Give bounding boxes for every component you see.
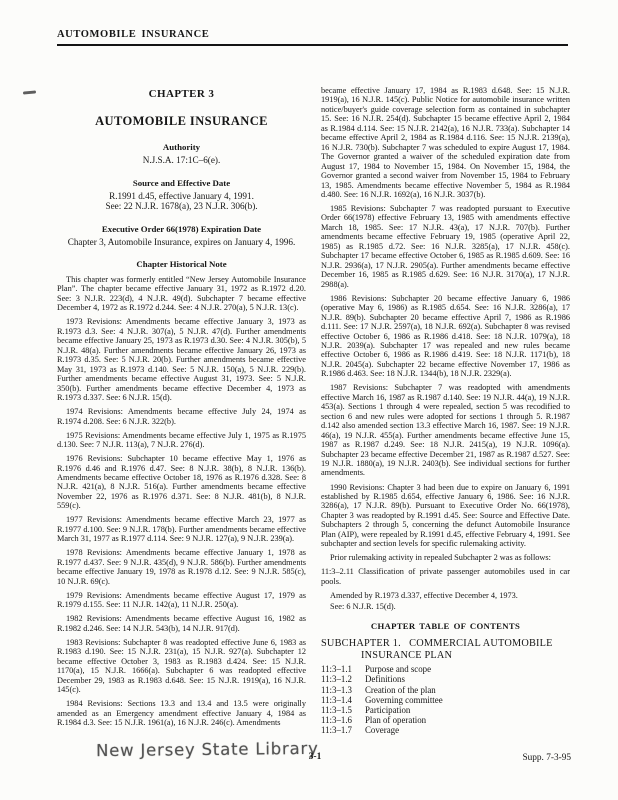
toc-rule-title: Definitions (365, 674, 570, 684)
revision-paragraph: 1986 Revisions: Subchapter 20 became eff… (321, 294, 570, 379)
toc-row: 11:3–1.1Purpose and scope (321, 664, 570, 674)
historical-note-paragraph: 1977 Revisions: Amendments became effect… (57, 515, 306, 543)
supplement-date: Supp. 7-3-95 (522, 753, 571, 763)
toc-row: 11:3–1.3Creation of the plan (321, 685, 570, 695)
chapter-table-of-contents-heading: CHAPTER TABLE OF CONTENTS (321, 621, 570, 631)
chapter-title-heading: AUTOMOBILE INSURANCE (57, 114, 306, 129)
source-effective-date-lines: R.1991 d.45, effective January 4, 1991.S… (57, 191, 306, 212)
toc-rule-title: Coverage (365, 725, 570, 735)
repealed-subchapter-entry: 11:3–2.11 Classification of private pass… (321, 567, 570, 586)
toc-rule-number: 11:3–1.7 (321, 725, 365, 735)
toc-rule-title: Governing committee (365, 695, 570, 705)
expiration-date-text: Chapter 3, Automobile Insurance, expires… (57, 237, 306, 248)
authority-heading: Authority (57, 142, 306, 152)
library-stamp: New Jersey State Library (96, 739, 319, 760)
revision-paragraph: 1985 Revisions: Subchapter 7 was readopt… (321, 204, 570, 289)
toc-row: 11:3–1.7Coverage (321, 725, 570, 735)
document-page: AUTOMOBILE INSURANCE CHAPTER 3 AUTOMOBIL… (0, 0, 618, 800)
expiration-date-heading: Executive Order 66(1978) Expiration Date (57, 224, 306, 234)
toc-rule-number: 11:3–1.5 (321, 705, 365, 715)
revision-paragraphs: 1985 Revisions: Subchapter 7 was readopt… (321, 204, 570, 549)
authority-citation: N.J.S.A. 17:1C–6(e). (57, 155, 306, 166)
left-column: CHAPTER 3 AUTOMOBILE INSURANCE Authority… (57, 86, 306, 732)
historical-note-paragraph: 1983 Revisions: Subchapter 8 was readopt… (57, 638, 306, 695)
chapter-number-heading: CHAPTER 3 (57, 88, 306, 100)
table-of-contents-list: 11:3–1.1Purpose and scope11:3–1.2Definit… (321, 664, 570, 735)
scan-smudge-artifact (23, 90, 36, 94)
toc-row: 11:3–1.5Participation (321, 705, 570, 715)
header-rule (57, 44, 568, 46)
source-effective-date-heading: Source and Effective Date (57, 178, 306, 188)
historical-note-paragraph: 1974 Revisions: Amendments became effect… (57, 407, 306, 426)
historical-note-paragraph: This chapter was formerly entitled “New … (57, 275, 306, 313)
toc-rule-title: Purpose and scope (365, 664, 570, 674)
historical-note-paragraphs: This chapter was formerly entitled “New … (57, 275, 306, 727)
amended-by-line: Amended by R.1973 d.337, effective Decem… (321, 591, 570, 600)
revision-paragraph: 1990 Revisions: Chapter 3 had been due t… (321, 483, 570, 549)
toc-rule-title: Plan of operation (365, 715, 570, 725)
chapter-historical-note-heading: Chapter Historical Note (57, 259, 306, 269)
prior-rulemaking-note: Prior rulemaking activity in repealed Su… (321, 553, 570, 562)
toc-rule-number: 11:3–1.2 (321, 674, 365, 684)
revision-paragraph: 1987 Revisions: Subchapter 7 was readopt… (321, 383, 570, 478)
toc-rule-number: 11:3–1.3 (321, 685, 365, 695)
historical-note-paragraph: 1975 Revisions: Amendments became effect… (57, 431, 306, 450)
toc-row: 11:3–1.4Governing committee (321, 695, 570, 705)
subchapter-1-heading: SUBCHAPTER 1. COMMERCIAL AUTOMOBILE INSU… (321, 638, 570, 662)
toc-row: 11:3–1.6Plan of operation (321, 715, 570, 725)
page-number: 3-1 (300, 752, 330, 762)
toc-rule-title: Creation of the plan (365, 685, 570, 695)
running-header: AUTOMOBILE INSURANCE (57, 29, 209, 40)
toc-rule-title: Participation (365, 705, 570, 715)
historical-note-paragraph: 1976 Revisions: Subchapter 10 became eff… (57, 454, 306, 511)
historical-note-paragraph: 1978 Revisions: Amendments became effect… (57, 548, 306, 586)
toc-row: 11:3–1.2Definitions (321, 674, 570, 684)
right-column: became effective January 17, 1984 as R.1… (321, 86, 570, 736)
historical-note-paragraph: 1979 Revisions: Amendments became effect… (57, 591, 306, 610)
toc-rule-number: 11:3–1.6 (321, 715, 365, 725)
source-line: See: 22 N.J.R. 1678(a), 23 N.J.R. 306(b)… (57, 201, 306, 212)
toc-rule-number: 11:3–1.4 (321, 695, 365, 705)
historical-note-paragraph: 1973 Revisions: Amendments became effect… (57, 317, 306, 402)
see-citation-line: See: 6 N.J.R. 15(d). (321, 602, 570, 611)
source-line: R.1991 d.45, effective January 4, 1991. (57, 191, 306, 202)
historical-note-continuation-paragraph: became effective January 17, 1984 as R.1… (321, 86, 570, 199)
toc-rule-number: 11:3–1.1 (321, 664, 365, 674)
historical-note-paragraph: 1982 Revisions: Amendments became effect… (57, 614, 306, 633)
historical-note-paragraph: 1984 Revisions: Sections 13.3 and 13.4 a… (57, 699, 306, 727)
